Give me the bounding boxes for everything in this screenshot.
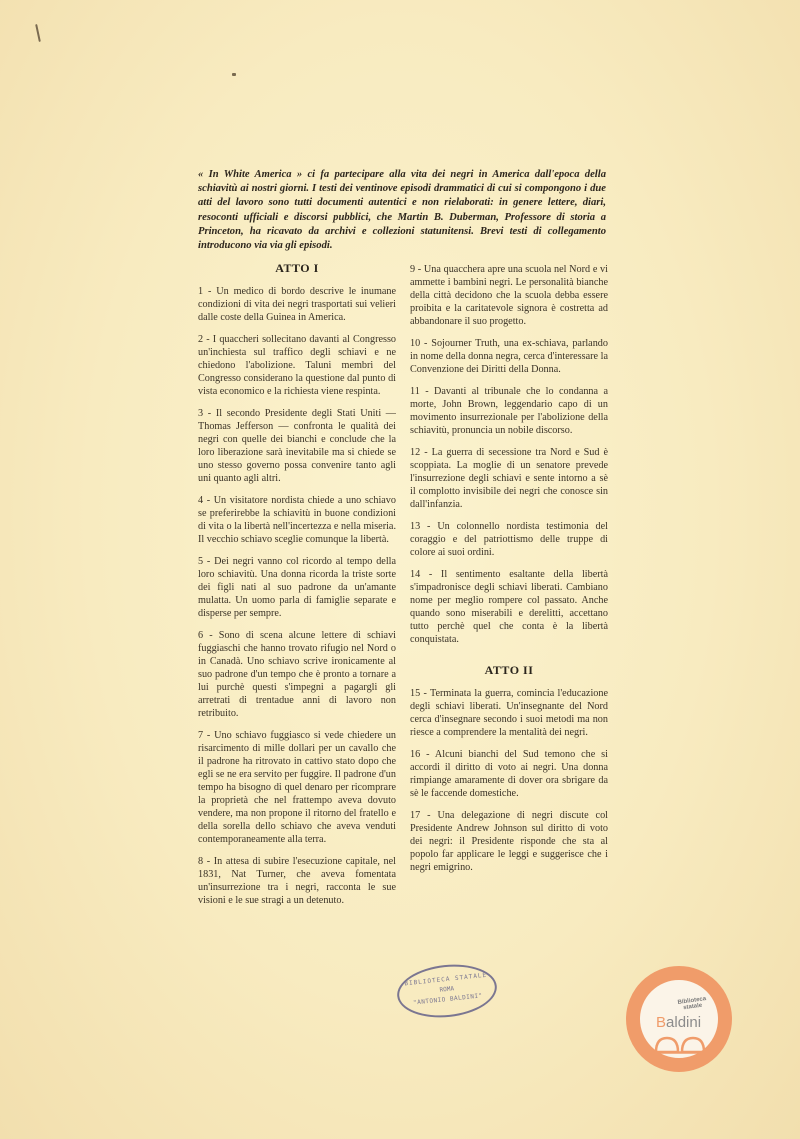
episode-3: 3 - Il secondo Presidente degli Stati Un… — [198, 407, 396, 485]
episode-number: 6 - — [198, 630, 213, 641]
logo-name-rest: aldini — [666, 1014, 701, 1031]
episode-text: Dei negri vanno col ricordo al tempo del… — [198, 556, 396, 619]
episode-text: In attesa di subire l'esecuzione capital… — [198, 856, 396, 906]
episode-4: 4 - Un visitatore nordista chiede a uno … — [198, 494, 396, 546]
episode-text: Un visitatore nordista chiede a uno schi… — [198, 495, 396, 545]
episode-text: Il secondo Presidente degli Stati Uniti … — [198, 408, 396, 484]
episode-text: Davanti al tribunale che lo condanna a m… — [410, 386, 608, 436]
episode-8: 8 - In attesa di subire l'esecuzione cap… — [198, 855, 396, 907]
logo-name: Baldini — [656, 1014, 701, 1031]
episode-text: Sono di scena alcune lettere di schiavi … — [198, 630, 396, 719]
episode-number: 16 - — [410, 749, 430, 760]
episode-6: 6 - Sono di scena alcune lettere di schi… — [198, 629, 396, 720]
baldini-library-logo: Biblioteca statale Baldini — [626, 966, 732, 1072]
episode-number: 10 - — [410, 338, 427, 349]
episode-number: 11 - — [410, 386, 429, 397]
episode-number: 15 - — [410, 688, 427, 699]
episode-16: 16 - Alcuni bianchi del Sud temono che s… — [410, 748, 608, 800]
column-left: ATTO I 1 - Un medico di bordo descrive l… — [198, 262, 396, 916]
episode-17: 17 - Una delegazione di negri discute co… — [410, 809, 608, 874]
episode-number: 1 - — [198, 286, 211, 297]
episode-number: 4 - — [198, 495, 210, 506]
episode-number: 12 - — [410, 447, 428, 458]
episode-1: 1 - Un medico di bordo descrive le inuma… — [198, 285, 396, 324]
act-1-title: ATTO I — [198, 262, 396, 275]
episode-2: 2 - I quaccheri sollecitano davanti al C… — [198, 333, 396, 398]
paper-mark — [232, 73, 236, 76]
logo-subtitle: Biblioteca statale — [677, 996, 707, 1012]
episode-10: 10 - Sojourner Truth, una ex-schiava, pa… — [410, 337, 608, 376]
library-stamp: BIBLIOTECA STATALE ROMA "ANTONIO BALDINI… — [395, 960, 500, 1022]
episode-text: Sojourner Truth, una ex-schiava, parland… — [410, 338, 608, 375]
episode-13: 13 - Un colonnello nordista testimonia d… — [410, 520, 608, 559]
episode-15: 15 - Terminata la guerra, comincia l'edu… — [410, 687, 608, 739]
episode-9: 9 - Una quacchera apre una scuola nel No… — [410, 263, 608, 328]
episode-number: 13 - — [410, 521, 430, 532]
episode-number: 7 - — [198, 730, 210, 741]
episode-number: 17 - — [410, 810, 431, 821]
episode-text: Una delegazione di negri discute col Pre… — [410, 810, 608, 873]
act-2-title: ATTO II — [410, 664, 608, 677]
open-book-icon — [654, 1034, 706, 1054]
episode-number: 14 - — [410, 569, 432, 580]
episode-7: 7 - Uno schiavo fuggiasco si vede chiede… — [198, 729, 396, 846]
document-page: « In White America » ci fa partecipare a… — [0, 0, 800, 1139]
episode-number: 9 - — [410, 264, 421, 275]
episode-text: I quaccheri sollecitano davanti al Congr… — [198, 334, 396, 397]
episode-12: 12 - La guerra di secessione tra Nord e … — [410, 446, 608, 511]
episode-text: Il sentimento esaltante della libertà s'… — [410, 569, 608, 645]
episode-number: 5 - — [198, 556, 210, 567]
episode-text: Terminata la guerra, comincia l'educazio… — [410, 688, 608, 738]
paper-mark — [35, 24, 41, 42]
episode-text: La guerra di secessione tra Nord e Sud è… — [410, 447, 608, 510]
episode-number: 3 - — [198, 408, 211, 419]
episode-text: Uno schiavo fuggiasco si vede chiedere u… — [198, 730, 396, 845]
intro-paragraph: « In White America » ci fa partecipare a… — [198, 168, 606, 253]
episode-text: Una quacchera apre una scuola nel Nord e… — [410, 264, 608, 327]
episode-14: 14 - Il sentimento esaltante della liber… — [410, 568, 608, 646]
episode-text: Alcuni bianchi del Sud temono che si acc… — [410, 749, 608, 799]
column-right: 9 - Una quacchera apre una scuola nel No… — [410, 263, 608, 883]
episode-number: 2 - — [198, 334, 210, 345]
episode-text: Un colonnello nordista testimonia del co… — [410, 521, 608, 558]
episode-11: 11 - Davanti al tribunale che lo condann… — [410, 385, 608, 437]
logo-initial: B — [656, 1014, 666, 1031]
episode-5: 5 - Dei negri vanno col ricordo al tempo… — [198, 555, 396, 620]
episode-text: Un medico di bordo descrive le inumane c… — [198, 286, 396, 323]
episode-number: 8 - — [198, 856, 210, 867]
